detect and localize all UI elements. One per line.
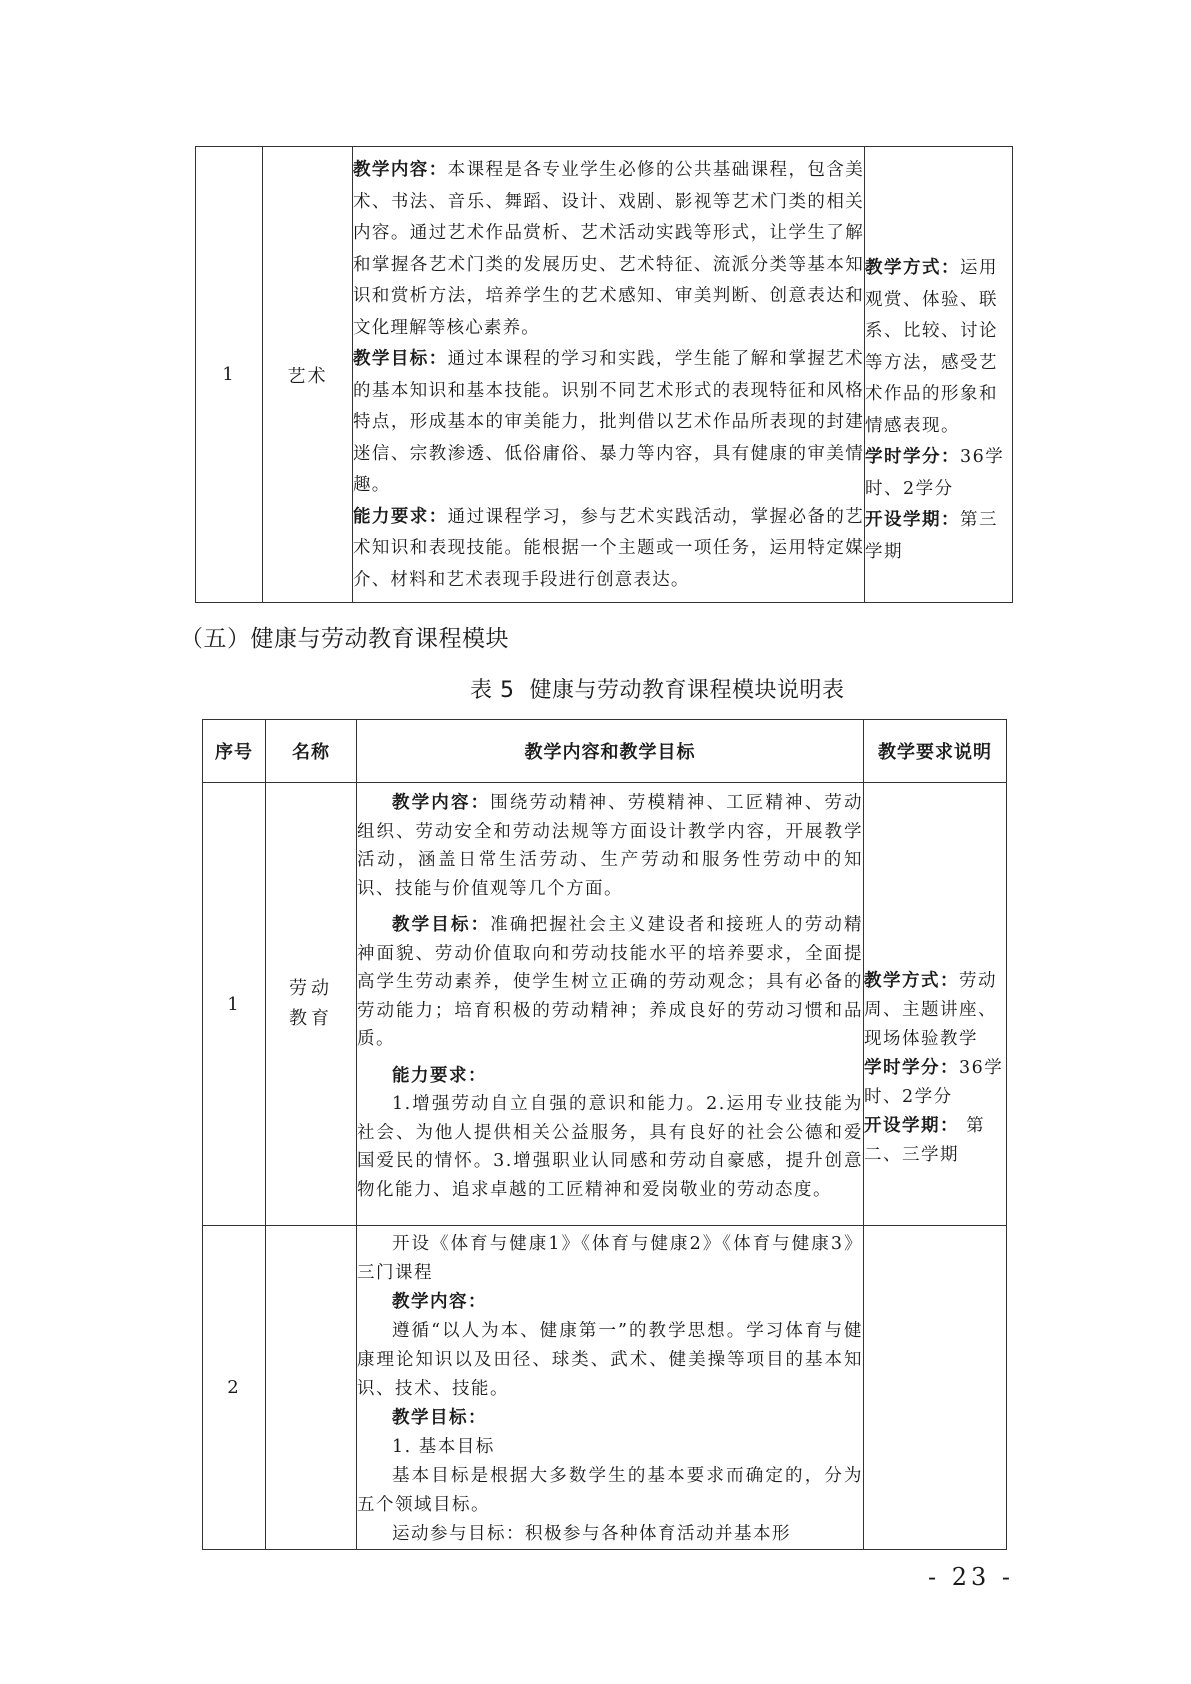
- ability-paragraph: 1.增强劳动自立自强的意识和能力。2.运用专业技能为社会、为他人提供相关公益服务…: [357, 1090, 863, 1204]
- row-index: 2: [203, 1226, 266, 1550]
- method-label: 教学方式：: [865, 258, 960, 278]
- goal-text: 准确把握社会主义建设者和接班人的劳动精神面貌、劳动价值取向和劳动技能水平的培养要…: [357, 915, 863, 1049]
- method-text: 运用观赏、体验、联系、比较、讨论等方法，感受艺术作品的形象和情感表现。: [865, 258, 998, 436]
- course-requirements: 教学方式：劳动周、主题讲座、现场体验教学 学时学分：36学时、2学分 开设学期：…: [864, 783, 1007, 1226]
- content-text: 本课程是各专业学生必修的公共基础课程，包含美术、书法、音乐、舞蹈、设计、戏剧、影…: [353, 160, 864, 338]
- ability-label: 能力要求：: [353, 507, 448, 527]
- content-heading: 教学内容：: [357, 1288, 863, 1317]
- header-content: 教学内容和教学目标: [357, 720, 864, 783]
- goal-paragraph: 教学目标：通过本课程的学习和实践，学生能了解和掌握艺术的基本知识和基本技能。识别…: [353, 344, 864, 502]
- course-requirements: 教学方式：运用观赏、体验、联系、比较、讨论等方法，感受艺术作品的形象和情感表现。…: [865, 147, 1013, 603]
- hours-label: 学时学分：: [864, 1058, 959, 1078]
- course-content: 教学内容：本课程是各专业学生必修的公共基础课程，包含美术、书法、音乐、舞蹈、设计…: [353, 147, 865, 603]
- course-requirements: [864, 1226, 1007, 1550]
- table-title: 表 5 健康与劳动教育课程模块说明表: [470, 673, 844, 704]
- page-number: - 23 -: [928, 1563, 1014, 1591]
- goal-heading: 教学目标：: [357, 1404, 863, 1433]
- goal-paragraph: 教学目标：准确把握社会主义建设者和接班人的劳动精神面貌、劳动价值取向和劳动技能水…: [357, 911, 863, 1054]
- ability-heading: 能力要求：: [357, 1062, 863, 1091]
- row-index: 1: [196, 147, 263, 603]
- basic-goal-paragraph: 基本目标是根据大多数学生的基本要求而确定的，分为五个领域目标。: [357, 1462, 863, 1520]
- course-name: [266, 1226, 357, 1550]
- content-paragraph: 教学内容：围绕劳动精神、劳模精神、工匠精神、劳动组织、劳动安全和劳动法规等方面设…: [357, 789, 863, 903]
- ability-paragraph: 能力要求：通过课程学习，参与艺术实践活动，掌握必备的艺术知识和表现技能。能根据一…: [353, 502, 864, 597]
- content-label: 教学内容：: [353, 160, 448, 180]
- goal-label: 教学目标：: [392, 1408, 487, 1428]
- course-name: 劳动教育: [266, 783, 357, 1226]
- table-row: 1 艺术 教学内容：本课程是各专业学生必修的公共基础课程，包含美术、书法、音乐、…: [196, 147, 1013, 603]
- method-label: 教学方式：: [864, 971, 959, 991]
- hours-label: 学时学分：: [865, 447, 960, 467]
- goal-label: 教学目标：: [392, 915, 490, 935]
- ability-label: 能力要求：: [392, 1066, 487, 1086]
- content-paragraph: 教学内容：本课程是各专业学生必修的公共基础课程，包含美术、书法、音乐、舞蹈、设计…: [353, 155, 864, 344]
- row-index: 1: [203, 783, 266, 1226]
- content-label: 教学内容：: [392, 793, 490, 813]
- semester-label: 开设学期：: [864, 1116, 959, 1136]
- participation-goal-paragraph: 运动参与目标：积极参与各种体育活动并基本形: [357, 1520, 863, 1549]
- content-label: 教学内容：: [392, 1292, 487, 1312]
- art-course-table: 1 艺术 教学内容：本课程是各专业学生必修的公共基础课程，包含美术、书法、音乐、…: [195, 146, 1013, 603]
- section-heading: （五）健康与劳动教育课程模块: [180, 620, 509, 653]
- table-row: 2 开设《体育与健康1》《体育与健康2》《体育与健康3》三门课程 教学内容： 遵…: [203, 1226, 1007, 1550]
- basic-goal-subheading: 1. 基本目标: [357, 1433, 863, 1462]
- course-content: 教学内容：围绕劳动精神、劳模精神、工匠精神、劳动组织、劳动安全和劳动法规等方面设…: [357, 783, 864, 1226]
- header-name: 名称: [266, 720, 357, 783]
- content-paragraph: 遵循“以人为本、健康第一”的教学思想。学习体育与健康理论知识以及田径、球类、武术…: [357, 1317, 863, 1404]
- course-name-text: 劳动教育: [286, 974, 336, 1034]
- goal-label: 教学目标：: [353, 349, 448, 369]
- table-row: 1 劳动教育 教学内容：围绕劳动精神、劳模精神、工匠精神、劳动组织、劳动安全和劳…: [203, 783, 1007, 1226]
- goal-text: 通过本课程的学习和实践，学生能了解和掌握艺术的基本知识和基本技能。识别不同艺术形…: [353, 349, 864, 495]
- health-labor-table: 序号 名称 教学内容和教学目标 教学要求说明 1 劳动教育 教学内容：围绕劳动精…: [202, 719, 1007, 1550]
- course-name: 艺术: [263, 147, 353, 603]
- header-index: 序号: [203, 720, 266, 783]
- intro-paragraph: 开设《体育与健康1》《体育与健康2》《体育与健康3》三门课程: [357, 1230, 863, 1288]
- table-header-row: 序号 名称 教学内容和教学目标 教学要求说明: [203, 720, 1007, 783]
- header-requirements: 教学要求说明: [864, 720, 1007, 783]
- course-content: 开设《体育与健康1》《体育与健康2》《体育与健康3》三门课程 教学内容： 遵循“…: [357, 1226, 864, 1550]
- semester-label: 开设学期：: [865, 510, 960, 530]
